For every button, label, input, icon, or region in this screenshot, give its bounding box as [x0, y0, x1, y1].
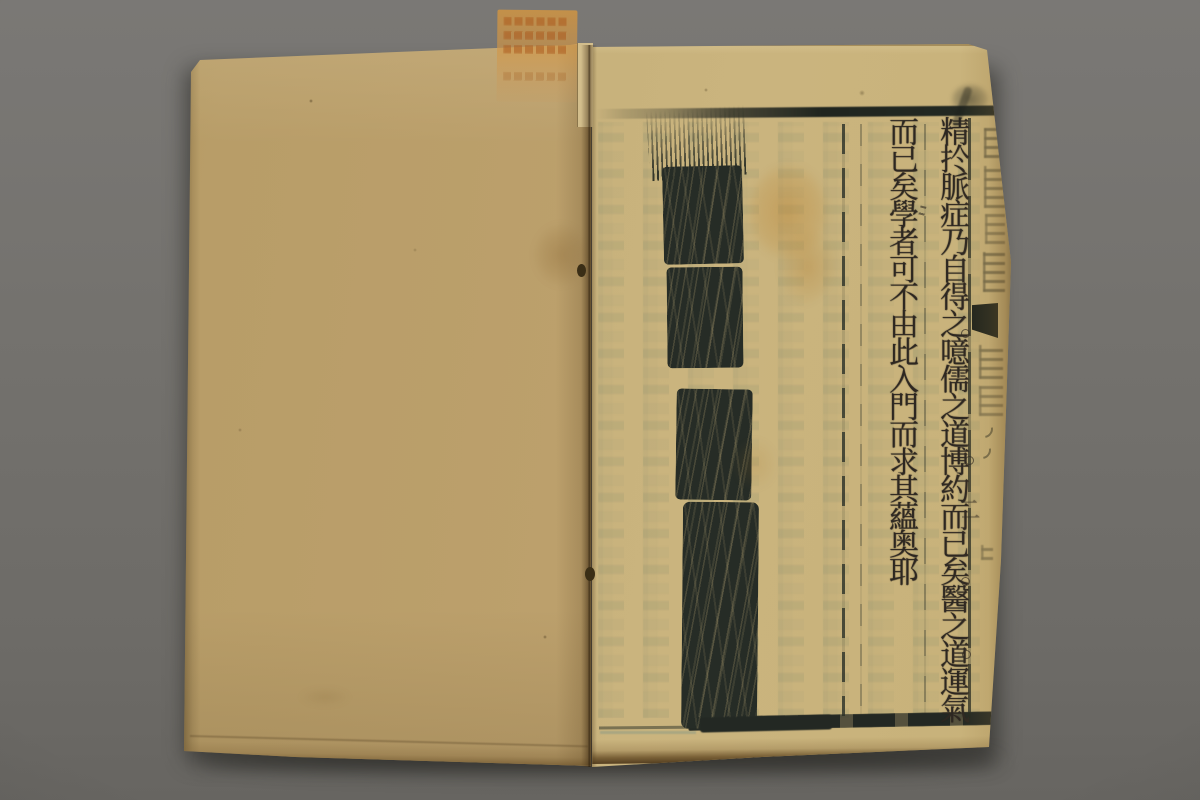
photograph-of-open-book: 精扵脈症乃自得之噫儒之道博約而已矣醫之道運氣 而已矣學者可不由此入門而求其蘊奥耶…: [0, 0, 1200, 800]
paper-specks: [0, 0, 1200, 800]
